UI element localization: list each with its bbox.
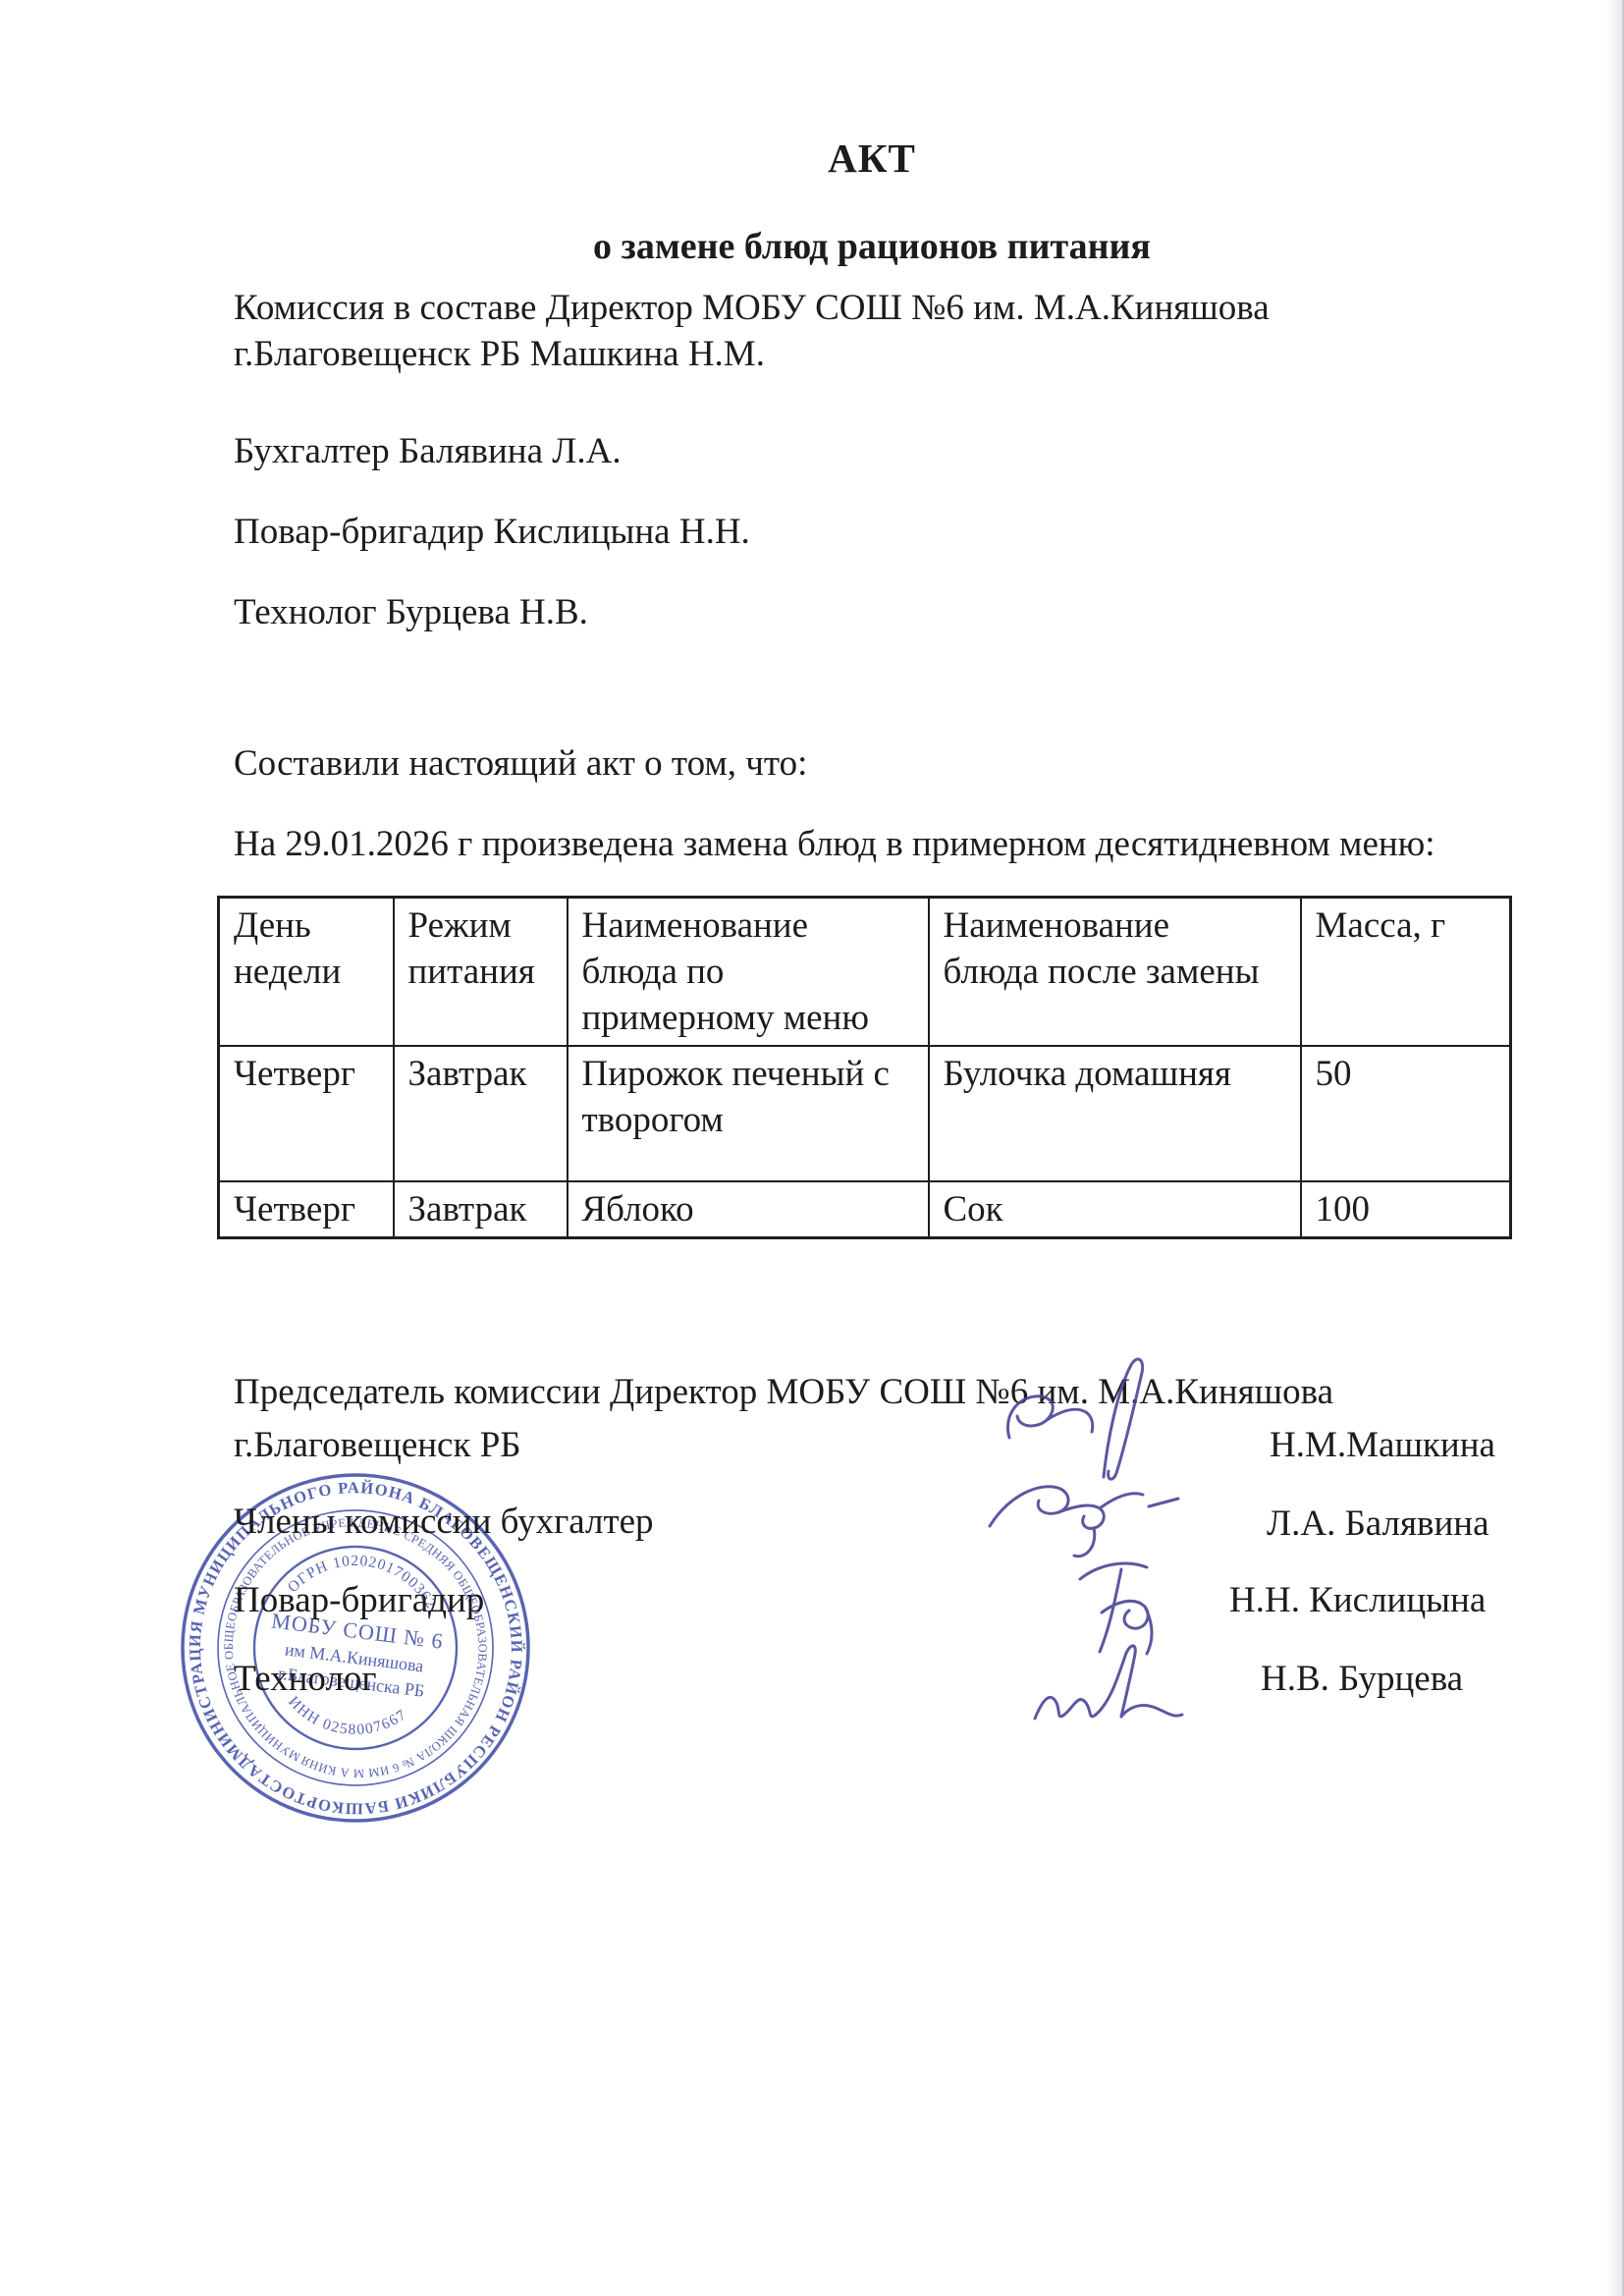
header-day-of-week: День недели [219,898,394,1047]
member-name-chef: Н.Н. Кислицына [1229,1577,1486,1623]
cell-meal: Завтрак [394,1181,568,1238]
header-dish-per-menu: Наименование блюда по примерному меню [568,898,929,1047]
cell-mass: 100 [1301,1181,1511,1238]
header-meal-mode: Режим питания [394,898,568,1047]
signature-burtseva [1023,1622,1200,1740]
statement-line: Составили настоящий акт о том, что: [234,740,807,787]
chairman-label-line-2: г.Благовещенск РБ [234,1422,521,1468]
document-subtitle: о замене блюд рационов питания [234,224,1510,270]
commission-member-accountant: Бухгалтер Балявина Л.А. [234,428,622,474]
member-name-technologist: Н.В. Бурцева [1261,1656,1463,1702]
cell-day: Четверг [219,1181,394,1238]
member-label-chef: Повар-бригадир [234,1577,484,1623]
cell-dish-original: Яблоко [568,1181,929,1238]
document-title: АКТ [234,136,1510,182]
cell-day: Четверг [219,1046,394,1181]
cell-mass: 50 [1301,1046,1511,1181]
cell-dish-replacement: Булочка домашняя [929,1046,1301,1181]
commission-member-technologist: Технолог Бурцева Н.В. [234,589,588,635]
table-header-row: День недели Режим питания Наименование б… [219,898,1511,1047]
table-row: Четверг Завтрак Пирожок печеный с творог… [219,1046,1511,1181]
cell-dish-original: Пирожок печеный с творогом [568,1046,929,1181]
date-line: На 29.01.2026 г произведена замена блюд … [234,821,1435,867]
table-row: Четверг Завтрак Яблоко Сок 100 [219,1181,1511,1238]
cell-dish-replacement: Сок [929,1181,1301,1238]
member-label-technologist: Технолог [234,1656,377,1702]
header-mass-g: Масса, г [1301,898,1511,1047]
dish-replacement-table: День недели Режим питания Наименование б… [217,896,1512,1239]
scanned-act-document: АДМИНИСТРАЦИЯ МУНИЦИПАЛЬНОГО РАЙОНА БЛАГ… [0,0,1624,2296]
commission-member-chef: Повар-бригадир Кислицына Н.Н. [234,509,750,555]
cell-meal: Завтрак [394,1046,568,1181]
member-label-accountant: Члены комиссии бухгалтер [234,1499,654,1545]
chairman-name: Н.М.Машкина [1270,1422,1495,1468]
commission-paragraph-line-2: г.Благовещенск РБ Машкина Н.М. [234,331,765,377]
member-name-accountant: Л.А. Балявина [1267,1501,1489,1547]
header-dish-after-replacement: Наименование блюда после замены [929,898,1301,1047]
scan-edge-artifact [1606,0,1624,2296]
commission-paragraph-line-1: Комиссия в составе Директор МОБУ СОШ №6 … [234,285,1270,331]
